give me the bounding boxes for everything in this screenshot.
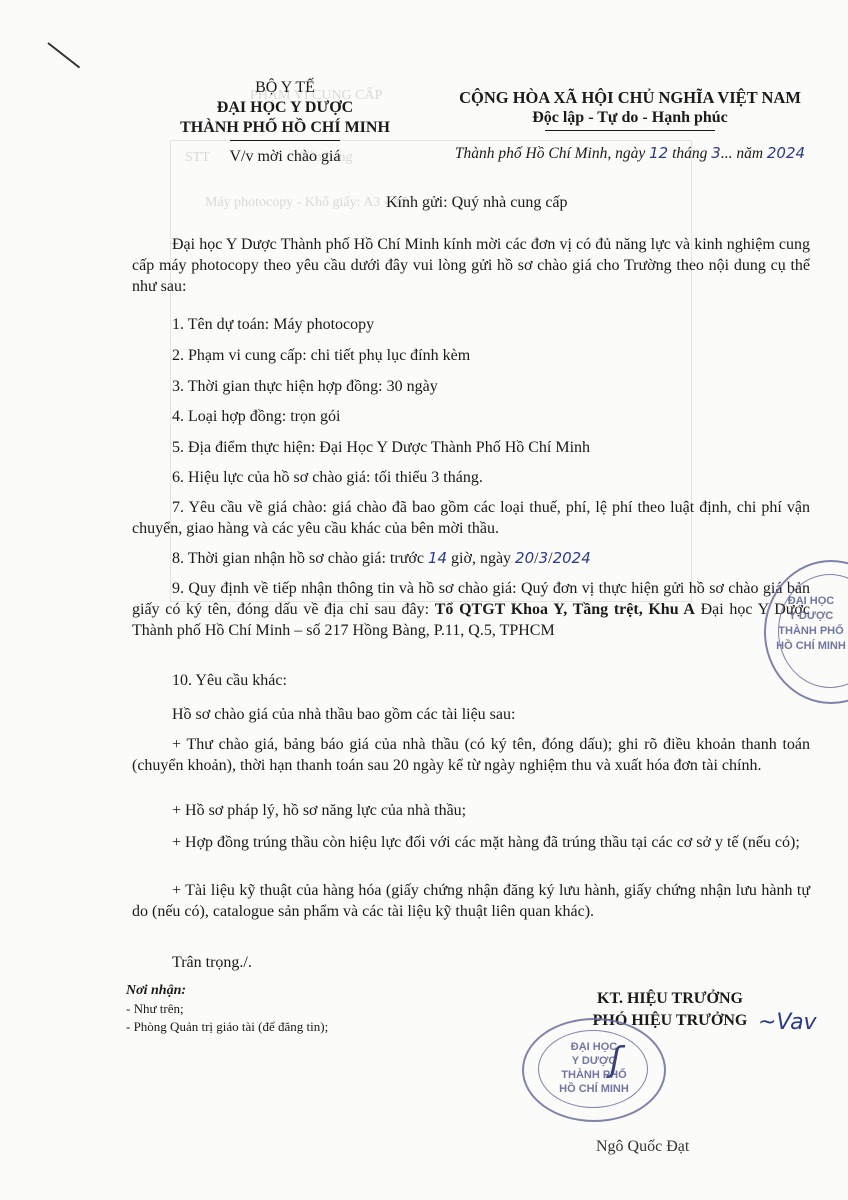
motto: Độc lập - Tự do - Hạnh phúc	[425, 108, 835, 128]
recipient-1: - Như trên;	[126, 1000, 328, 1018]
doc-item-3: + Hợp đồng trúng thầu còn hiệu lực đối v…	[132, 832, 810, 853]
doc-item-4: + Tài liệu kỹ thuật của hàng hóa (giấy c…	[132, 880, 810, 922]
item-4: 4. Loại hợp đồng: trọn gói	[172, 406, 340, 427]
item-8-hour-label: giờ, ngày	[451, 550, 511, 567]
item-8-year: 2024	[553, 549, 591, 567]
stamp-line-1: ĐẠI HỌC	[524, 1040, 664, 1054]
item-8-prefix: 8. Thời gian nhận hồ sơ chào giá: trước	[172, 550, 424, 567]
date-day: 12	[649, 144, 668, 162]
date-line: Thành phố Hồ Chí Minh, ngày 12 tháng 3..…	[425, 143, 835, 164]
country-name: CỘNG HÒA XÃ HỘI CHỦ NGHĨA VIỆT NAM	[425, 88, 835, 108]
item-9-address-bold: Tổ QTGT Khoa Y, Tầng trệt, Khu A	[435, 601, 695, 618]
date-year: 2024	[767, 144, 805, 162]
ghost-row-product: Máy photocopy - Khổ giấy: A3 - A5	[205, 195, 408, 211]
signature-title1: KT. HIỆU TRƯỞNG	[560, 988, 780, 1010]
scan-mark	[47, 42, 80, 68]
intro-paragraph: Đại học Y Dược Thành phố Hồ Chí Minh kín…	[132, 234, 810, 297]
recipient-line: Kính gửi: Quý nhà cung cấp	[386, 192, 568, 213]
motto-underline	[545, 130, 715, 131]
item-8-month: 3	[539, 549, 549, 567]
date-year-label: năm	[736, 145, 763, 162]
item-6: 6. Hiệu lực của hồ sơ chào giá: tối thiể…	[172, 467, 483, 488]
item-7: 7. Yêu cầu về giá chào: giá chào đã bao …	[132, 497, 810, 539]
item-5: 5. Địa điểm thực hiện: Đại Học Y Dược Th…	[172, 437, 590, 458]
national-header: CỘNG HÒA XÃ HỘI CHỦ NGHĨA VIỆT NAM Độc l…	[425, 88, 835, 164]
item-8: 8. Thời gian nhận hồ sơ chào giá: trước …	[172, 548, 591, 569]
subject: V/v mời chào giá	[150, 147, 420, 167]
closing: Trân trọng./.	[172, 952, 252, 973]
issuer-underline	[230, 140, 340, 141]
doc-item-2: + Hồ sơ pháp lý, hồ sơ năng lực của nhà …	[172, 800, 466, 821]
docs-intro: Hồ sơ chào giá của nhà thầu bao gồm các …	[172, 704, 515, 725]
recipient-2: - Phòng Quản trị giáo tài (để đăng tin);	[126, 1018, 328, 1036]
issuer-block: BỘ Y TẾ ĐẠI HỌC Y DƯỢC THÀNH PHỐ HỒ CHÍ …	[150, 78, 420, 167]
ministry: BỘ Y TẾ	[150, 78, 420, 98]
date-month: 3	[711, 144, 721, 162]
doc-item-1: + Thư chào giá, bảng báo giá của nhà thầ…	[132, 734, 810, 776]
item-2: 2. Phạm vi cung cấp: chi tiết phụ lục đí…	[172, 345, 470, 366]
university-line1: ĐẠI HỌC Y DƯỢC	[150, 98, 420, 118]
stamp-line-2: Y DƯỢC	[524, 1054, 664, 1068]
edge-stamp-line-4: HỒ CHÍ MINH	[746, 639, 848, 654]
date-month-label: tháng	[672, 145, 707, 162]
university-line2: THÀNH PHỐ HỒ CHÍ MINH	[150, 118, 420, 138]
item-9: 9. Quy định về tiếp nhận thông tin và hồ…	[132, 578, 810, 641]
edge-stamp-line-1: ĐẠI HỌC	[746, 594, 848, 609]
recipients-label: Nơi nhận:	[126, 982, 328, 1000]
edge-stamp-line-3: THÀNH PHỐ	[746, 624, 848, 639]
item-8-day: 20	[515, 549, 534, 567]
stamp-line-3: THÀNH PHỐ	[524, 1068, 664, 1082]
item-10: 10. Yêu cầu khác:	[172, 670, 287, 691]
official-stamp: ĐẠI HỌC Y DƯỢC THÀNH PHỐ HỒ CHÍ MINH	[522, 1018, 666, 1122]
signature-mark: ʃ	[610, 1040, 621, 1080]
item-3: 3. Thời gian thực hiện hợp đồng: 30 ngày	[172, 376, 438, 397]
recipients-block: Nơi nhận: - Như trên; - Phòng Quản trị g…	[126, 982, 328, 1036]
signer-name: Ngô Quốc Đạt	[596, 1138, 689, 1156]
item-1: 1. Tên dự toán: Máy photocopy	[172, 314, 374, 335]
stamp-line-4: HỒ CHÍ MINH	[524, 1082, 664, 1096]
signature-scribble: ~Vav	[758, 1010, 817, 1035]
item-8-hour: 14	[428, 549, 447, 567]
edge-stamp-line-2: Y DƯỢC	[746, 609, 848, 624]
date-prefix: Thành phố Hồ Chí Minh, ngày	[455, 145, 645, 162]
